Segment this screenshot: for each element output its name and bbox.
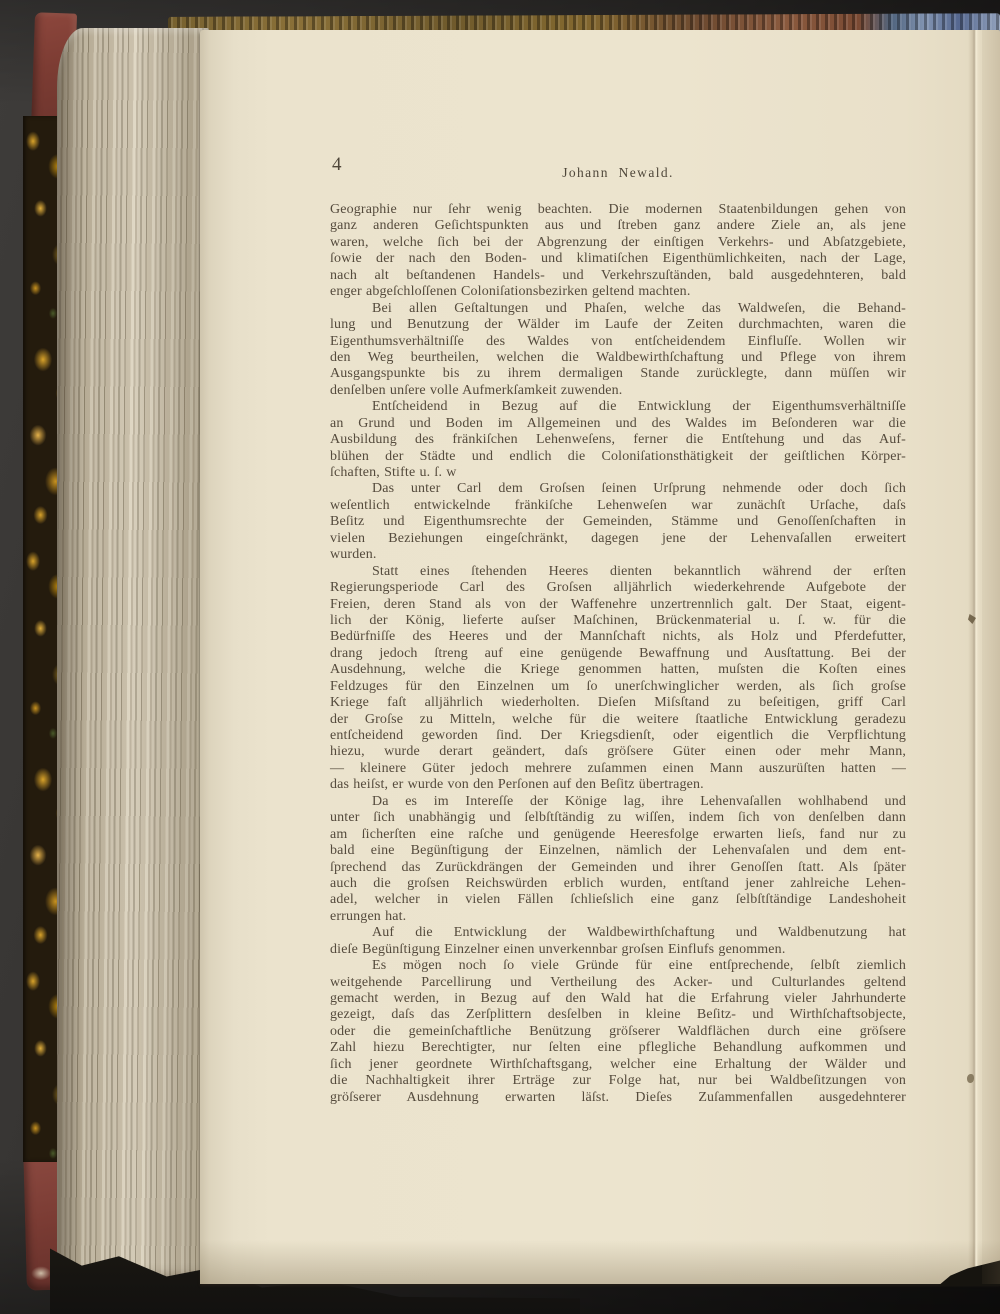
paragraph: Da es im Intereſſe der Könige lag, ihre … (330, 794, 906, 926)
text-line: Ausbildung des fränkiſchen Lehenweſens, … (330, 432, 906, 448)
text-line: Regierungsperiode Carl des Groſsen alljä… (330, 580, 906, 596)
paragraph: Entſcheidend in Bezug auf die Entwicklun… (330, 399, 906, 481)
text-line: ganz anderen Geſichtspunkten aus und ſtr… (330, 218, 906, 234)
text-line: errungen hat. (330, 909, 906, 925)
text-line: wurden. (330, 547, 906, 563)
page-header: 4 Johann Newald. (330, 154, 906, 188)
text-line: Beſitz und Eigenthumsrechte der Gemeinde… (330, 514, 906, 530)
text-line: dieſe Begünſtigung Einzelner einen unver… (330, 942, 906, 958)
text-line: Feldzuges für den Einzelnen um ſo unerſc… (330, 679, 906, 695)
text-line: lung und Benutzung der Wälder im Laufe d… (330, 317, 906, 333)
text-line: oder die gemeinſchaftliche Benützung grö… (330, 1024, 906, 1040)
text-line: Geographie nur ſehr wenig beachten. Die … (330, 202, 906, 218)
page-edges-stack (57, 28, 209, 1280)
text-line: Statt eines ſtehenden Heeres dienten bek… (330, 564, 906, 580)
text-line: ſprechend das Zurückdrängen der Gemeinde… (330, 860, 906, 876)
text-line: ſowie der nach den Boden- und klimatiſch… (330, 251, 906, 267)
text-line: den Weg beurtheilen, welchen die Waldbew… (330, 350, 906, 366)
text-line: enger abgeſchloſſenen Coloniſationsbezir… (330, 284, 906, 300)
text-line: drang jedoch ſtreng auf eine genügende B… (330, 646, 906, 662)
text-line: der Groſse zu Mitteln, welche für die we… (330, 712, 906, 728)
running-title: Johann Newald. (562, 165, 674, 181)
text-line: Ausgangspunkte bis zu ihrem dermaligen S… (330, 366, 906, 382)
text-line: gröſserer Ausdehnung erwarten läſst. Die… (330, 1090, 906, 1106)
text-line: das heiſst, er wurde von den Perſonen au… (330, 777, 906, 793)
text-line: Entſcheidend in Bezug auf die Entwicklun… (330, 399, 906, 415)
text-line: waren, welche ſich bei der Abgrenzung de… (330, 235, 906, 251)
text-line: Bedürfniſſe des Heeres und der Mannſchaf… (330, 629, 906, 645)
text-line: lich der König, lieferte auſser Maſchine… (330, 613, 906, 629)
text-line: gemacht werden, in Bezug auf den Wald ha… (330, 991, 906, 1007)
text-line: Eigenthumsverhältniſſe des Waldes von en… (330, 334, 906, 350)
text-line: Auf die Entwicklung der Waldbewirthſchaf… (330, 925, 906, 941)
text-line: blühen der Städte und endlich die Coloni… (330, 449, 906, 465)
text-line: Freien, deren Stand als von der Waffeneh… (330, 597, 906, 613)
paragraph: Bei allen Geſtaltungen und Phaſen, welch… (330, 301, 906, 400)
text-line: Da es im Intereſſe der Könige lag, ihre … (330, 794, 906, 810)
text-line: entſcheidend geworden ſind. Der Kriegsdi… (330, 728, 906, 744)
paragraph: Auf die Entwicklung der Waldbewirthſchaf… (330, 925, 906, 958)
text-line: ſich jener geordnete Wirthſchaftsgang, w… (330, 1057, 906, 1073)
paragraph: Geographie nur ſehr wenig beachten. Die … (330, 202, 906, 301)
page-number: 4 (332, 154, 342, 176)
text-line: Es mögen noch ſo viele Gründe für eine e… (330, 958, 906, 974)
paragraph: Es mögen noch ſo viele Gründe für eine e… (330, 958, 906, 1106)
text-line: weitgehende Parcellirung und Vertheilung… (330, 975, 906, 991)
text-line: Zahl hiezu Berechtigter, nur ſelten eine… (330, 1040, 906, 1056)
text-line: Bei allen Geſtaltungen und Phaſen, welch… (330, 301, 906, 317)
text-line: adel, welcher in vielen Fällen ſchlieſsl… (330, 892, 906, 908)
text-line: auch die groſsen Reichswürden erblich wu… (330, 876, 906, 892)
text-line: Ausdehnung, welche die Kriege genommen h… (330, 662, 906, 678)
text-line: an Grund und Boden im Allgemeinen und de… (330, 416, 906, 432)
page-crease (968, 30, 981, 1284)
page-tear-mark (967, 1074, 974, 1083)
paragraph: Statt eines ſtehenden Heeres dienten bek… (330, 564, 906, 794)
text-line: ſchaften, Stifte u. ſ. w (330, 465, 906, 481)
text-line: hiezu, wurde derart geändert, daſs gröſs… (330, 744, 906, 760)
text-line: nach alt beſtandenen Handels- und Verkeh… (330, 268, 906, 284)
text-line: am ſicherſten eine raſche und genügende … (330, 827, 906, 843)
text-line: — kleinere Güter jedoch mehrere zuſammen… (330, 761, 906, 777)
text-line: gezeigt, daſs das Zerſplittern desſelben… (330, 1007, 906, 1023)
text-line: Kriege faſt alljährlich wiederholten. Di… (330, 695, 906, 711)
page-text: Geographie nur ſehr wenig beachten. Die … (330, 202, 906, 1106)
text-line: weſentlich entwickelnde fränkiſche Lehen… (330, 498, 906, 514)
text-line: Das unter Carl dem Groſsen ſeinen Urſpru… (330, 481, 906, 497)
text-line: vielen Beziehungen eingeſchränkt, dagege… (330, 531, 906, 547)
book-page: 4 Johann Newald. Geographie nur ſehr wen… (200, 30, 1000, 1284)
text-line: die Nachhaltigkeit ihrer Erträge zur Fol… (330, 1073, 906, 1089)
paragraph: Das unter Carl dem Groſsen ſeinen Urſpru… (330, 481, 906, 563)
text-line: denſelben unſere volle Aufmerkſamkeit zu… (330, 383, 906, 399)
text-line: bald eine Begünſtigung der Einzelnen, nä… (330, 843, 906, 859)
text-line: unter ſich unabhängig und ſelbſtſtändig … (330, 810, 906, 826)
scanned-book-photo: 4 Johann Newald. Geographie nur ſehr wen… (0, 0, 1000, 1314)
